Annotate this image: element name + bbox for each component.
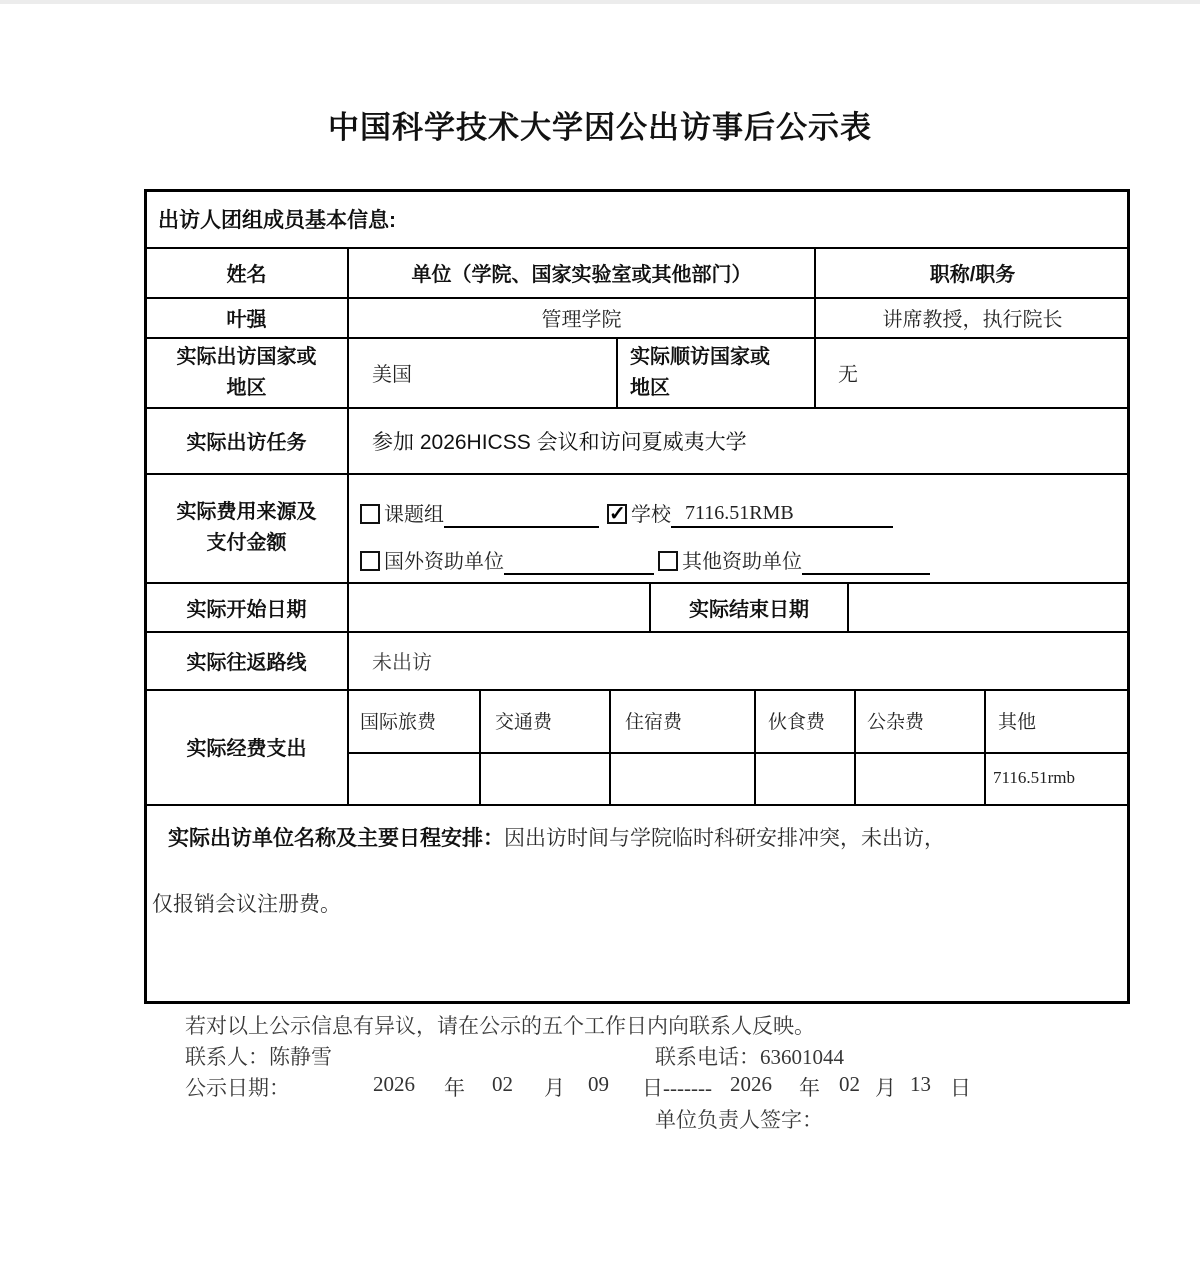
expense-header-lodging: 住宿费 bbox=[610, 689, 755, 752]
funding-line-1: 课题组 ✓ 学校 7116.51RMB bbox=[360, 496, 1116, 528]
expense-header-transport: 交通费 bbox=[480, 689, 610, 752]
checkbox-school[interactable]: ✓ bbox=[607, 504, 627, 524]
contact-person: 联系人：陈静雪 bbox=[185, 1041, 332, 1071]
destination-value: 美国 bbox=[348, 338, 617, 407]
member-unit: 管理学院 bbox=[348, 298, 815, 337]
date-token: 月 bbox=[875, 1072, 896, 1102]
expense-value-other: 7116.51rmb bbox=[985, 752, 1130, 804]
checkbox-foreign-sponsor[interactable] bbox=[360, 551, 380, 571]
phone-number: 63601044 bbox=[760, 1045, 844, 1069]
schedule-line-1: 实际出访单位名称及主要日程安排：因出访时间与学院临时科研安排冲突，未出访， bbox=[168, 822, 1120, 852]
check-icon: ✓ bbox=[609, 501, 626, 526]
task-label: 实际出访任务 bbox=[145, 408, 348, 473]
fill-line bbox=[504, 547, 654, 575]
date-token: 2026 bbox=[730, 1072, 772, 1097]
column-header-name: 姓名 bbox=[145, 248, 348, 297]
end-date-value bbox=[848, 583, 1130, 631]
start-date-value bbox=[348, 583, 650, 631]
member-title: 讲席教授，执行院长 bbox=[815, 298, 1130, 337]
contact-label: 联系人： bbox=[185, 1045, 269, 1069]
checkbox-other-sponsor[interactable] bbox=[658, 551, 678, 571]
date-token: 02 bbox=[492, 1072, 513, 1097]
objection-notice: 若对以上公示信息有异议，请在公示的五个工作日内向联系人反映。 bbox=[185, 1010, 815, 1040]
document-page: 中国科学技术大学因公出访事后公示表 出访人团组成员基本信息: 姓名 单位（ bbox=[0, 0, 1200, 1283]
route-value: 未出访 bbox=[348, 631, 1130, 689]
phone-label: 联系电话： bbox=[655, 1045, 760, 1069]
column-header-title: 职称/职务 bbox=[815, 248, 1130, 297]
member-name: 叶强 bbox=[145, 298, 348, 337]
expense-header-meals: 伙食费 bbox=[755, 689, 855, 752]
fill-line bbox=[802, 547, 930, 575]
funding-option-label: 其他资助单位 bbox=[682, 549, 802, 575]
schedule-text-2: 仅报销会议注册费。 bbox=[152, 888, 341, 918]
start-date-label: 实际开始日期 bbox=[145, 583, 348, 631]
date-token: 年 bbox=[444, 1072, 465, 1102]
table-line bbox=[145, 804, 1130, 806]
date-token: 日 bbox=[950, 1072, 971, 1102]
date-token: 年 bbox=[799, 1072, 820, 1102]
schedule-text-1: 因出访时间与学院临时科研安排冲突，未出访， bbox=[504, 826, 945, 850]
fill-line bbox=[444, 500, 599, 528]
date-token: 日------- bbox=[642, 1072, 712, 1102]
date-token: 02 bbox=[839, 1072, 860, 1097]
date-token: 13 bbox=[910, 1072, 931, 1097]
funding-line-2: 国外资助单位 其他资助单位 bbox=[360, 543, 1116, 575]
schedule-label: 实际出访单位名称及主要日程安排： bbox=[168, 827, 504, 850]
expense-header-international-travel: 国际旅费 bbox=[348, 689, 480, 752]
funding-option-label: 课题组 bbox=[384, 502, 444, 528]
end-date-label: 实际结束日期 bbox=[650, 583, 848, 631]
table-border-bottom bbox=[144, 1001, 1130, 1004]
task-value: 参加 2026HICSS 会议和访问夏威夷大学 bbox=[348, 408, 1130, 473]
expenses-label: 实际经费支出 bbox=[145, 689, 348, 804]
section-header-basic-info: 出访人团组成员基本信息: bbox=[158, 190, 1118, 247]
expense-header-misc: 公杂费 bbox=[855, 689, 985, 752]
fill-line: 7116.51RMB bbox=[671, 500, 893, 528]
route-label: 实际往返路线 bbox=[145, 631, 348, 689]
signature-label: 单位负责人签字： bbox=[655, 1104, 823, 1134]
expense-header-other: 其他 bbox=[985, 689, 1130, 752]
date-token: 月 bbox=[544, 1072, 565, 1102]
side-visit-label: 实际顺访国家或地区 bbox=[617, 338, 815, 407]
column-header-unit: 单位（学院、国家实验室或其他部门） bbox=[348, 248, 815, 297]
contact-name: 陈静雪 bbox=[269, 1045, 332, 1069]
destination-label: 实际出访国家或地区 bbox=[145, 338, 348, 407]
date-token: 2026 bbox=[373, 1072, 415, 1097]
funding-label: 实际费用来源及支付金额 bbox=[145, 474, 348, 582]
funding-option-label: 学校 bbox=[631, 502, 671, 528]
publish-date-label: 公示日期： bbox=[185, 1072, 290, 1102]
top-strip bbox=[0, 0, 1200, 4]
funding-school-amount: 7116.51RMB bbox=[671, 500, 794, 526]
funding-option-label: 国外资助单位 bbox=[384, 549, 504, 575]
page-title: 中国科学技术大学因公出访事后公示表 bbox=[0, 102, 1200, 147]
checkbox-project-group[interactable] bbox=[360, 504, 380, 524]
contact-phone: 联系电话：63601044 bbox=[655, 1041, 844, 1071]
date-token: 09 bbox=[588, 1072, 609, 1097]
publish-date-range: 2026 年 02 月 09 日------- 2026 年 02 月 13 日 bbox=[370, 1072, 971, 1102]
side-visit-value: 无 bbox=[815, 338, 1130, 407]
